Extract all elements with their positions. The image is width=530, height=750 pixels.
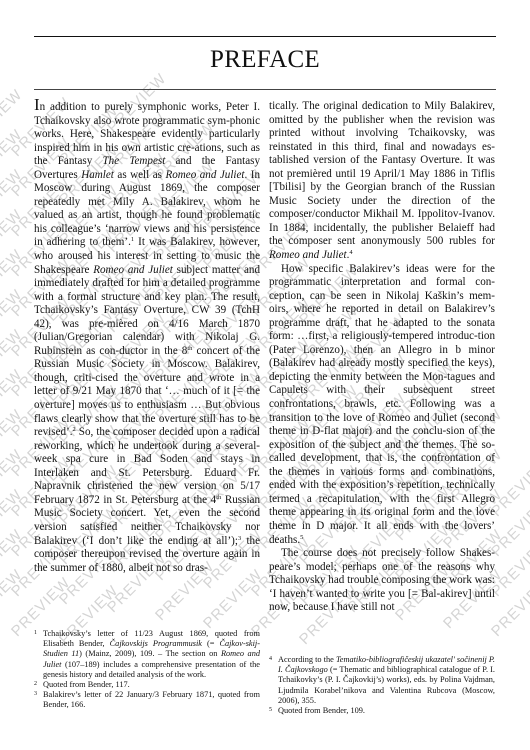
footnote-ref: th — [187, 345, 192, 352]
footnote: 3Balakirev’s letter of 22 January/3 Febr… — [34, 690, 260, 710]
paragraph: The course does not precisely follow Sha… — [269, 547, 495, 615]
footnote-number: 2 — [34, 679, 37, 689]
italic-title: Romeo and Juliet — [269, 249, 347, 261]
watermark-text: PREVIEW — [0, 526, 26, 592]
watermark-text: PREVIEW — [0, 366, 26, 432]
watermark-text: PREVIEW — [0, 246, 26, 312]
italic-title: Hamlet — [81, 169, 114, 181]
italic-title: Tematiko-bibliografičeskij ukazatel' soč… — [278, 655, 495, 674]
watermark-text: PREVIEW — [0, 446, 26, 512]
footnote-number: 5 — [269, 705, 272, 715]
watermark-text: PREVIEW — [0, 86, 26, 152]
paragraph-text: n addition to purely symphonic works, Pe… — [34, 101, 260, 574]
footnote: 4According to the Tematiko-bibliografiče… — [269, 655, 495, 706]
italic-title: The Tempest — [102, 155, 165, 167]
footnote: 2Quoted from Bender, 117. — [34, 680, 260, 690]
footnote-number: 4 — [269, 654, 272, 664]
watermark-text: PREVIEW — [0, 166, 26, 232]
footnote-ref: 2 — [73, 426, 76, 433]
italic-title: Romeo and Juliet — [93, 264, 173, 276]
footnote-ref: 3 — [238, 535, 241, 542]
footnote-number: 3 — [34, 689, 37, 699]
watermark-text: PREVIEW — [0, 486, 26, 552]
title-rule-bottom — [34, 89, 496, 90]
paragraph: In addition to purely symphonic works, P… — [34, 100, 260, 575]
watermark-text: PREVIEW — [0, 206, 26, 272]
title-rule-top — [34, 36, 496, 37]
left-column: In addition to purely symphonic works, P… — [34, 100, 260, 575]
footnote-ref: 5 — [300, 534, 303, 541]
paragraph: How specific Balakirev’s ideas were for … — [269, 263, 495, 547]
watermark-text: PREVIEW — [0, 566, 26, 632]
footnotes-left: 1Tchaikovsky’s letter of 11/23 August 18… — [34, 629, 260, 711]
watermark-text: PREVIEW — [200, 566, 266, 632]
footnote-ref: th — [216, 494, 221, 501]
watermark-text: PREVIEW — [0, 406, 26, 472]
footnotes-right: 4According to the Tematiko-bibliografiče… — [269, 655, 495, 716]
watermark-text: PREVIEW — [0, 326, 26, 392]
page-title: PREFACE — [34, 46, 496, 74]
italic-title: Romeo and Juliet — [165, 169, 244, 181]
right-column: tically. The original dedication to Mily… — [269, 100, 495, 615]
footnote: 1Tchaikovsky’s letter of 11/23 August 18… — [34, 629, 260, 680]
footnote-ref: 4 — [349, 249, 352, 256]
watermark-text: PREVIEW — [0, 126, 26, 192]
drop-cap: I — [34, 95, 40, 114]
footnote-ref: 1 — [131, 236, 134, 243]
watermark-text: PREVIEW — [0, 286, 26, 352]
italic-title: Čajkovskijs Programmusik — [110, 639, 202, 648]
footnote: 5Quoted from Bender, 109. — [269, 706, 495, 716]
footnote-number: 1 — [34, 628, 37, 638]
paragraph: tically. The original dedication to Mily… — [269, 100, 495, 263]
